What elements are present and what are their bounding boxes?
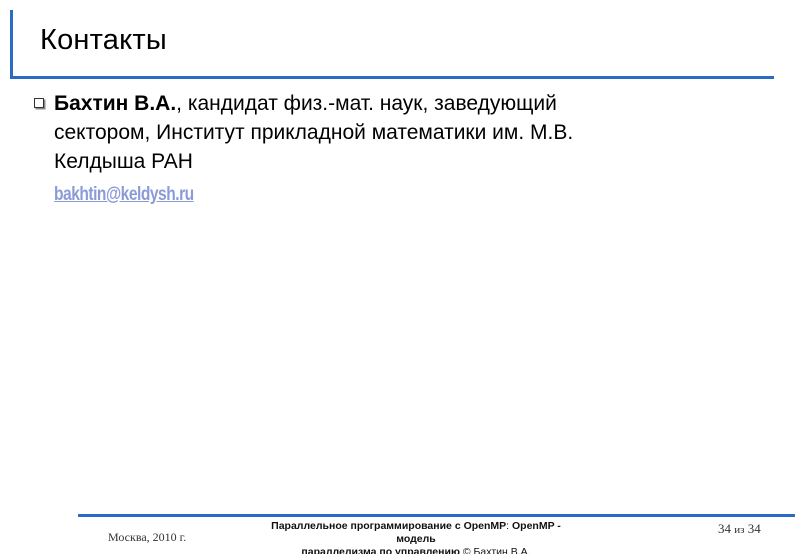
page-number: 34 из 34 bbox=[718, 521, 761, 537]
slide-content: Бахтин В.А., кандидат физ.-мат. наук, за… bbox=[34, 89, 734, 209]
contact-title-part-1: , кандидат физ.-мат. наук, заведующий bbox=[176, 92, 557, 115]
footer-copyright: © Бахтин В.А. bbox=[460, 546, 531, 554]
title-accent-horizontal-line bbox=[10, 76, 774, 79]
contact-line-1: Бахтин В.А., кандидат физ.-мат. наук, за… bbox=[54, 89, 734, 118]
contact-line-2: сектором, Институт прикладной математики… bbox=[54, 118, 734, 147]
footer-location-date: Москва, 2010 г. bbox=[108, 530, 186, 545]
slide-title: Контакты bbox=[40, 24, 167, 57]
footer-course-title: Параллельное программирование с OpenMP: … bbox=[250, 520, 582, 554]
contact-name: Бахтин В.А. bbox=[54, 92, 176, 115]
footer-course-part-3: параллелизма по управлению bbox=[301, 546, 460, 554]
page-of: из bbox=[734, 524, 744, 536]
page-total: 34 bbox=[748, 521, 761, 536]
footer-divider bbox=[78, 514, 795, 517]
page-current: 34 bbox=[718, 521, 731, 536]
contact-item: Бахтин В.А., кандидат физ.-мат. наук, за… bbox=[34, 89, 734, 209]
square-bullet-icon bbox=[34, 98, 44, 108]
contact-line-3: Келдыша РАН bbox=[54, 147, 734, 176]
contact-email-link[interactable]: bakhtin@keldysh.ru bbox=[54, 180, 194, 209]
title-accent-vertical-line bbox=[10, 10, 13, 78]
footer-course-part-1: Параллельное программирование с OpenMP bbox=[271, 520, 506, 532]
